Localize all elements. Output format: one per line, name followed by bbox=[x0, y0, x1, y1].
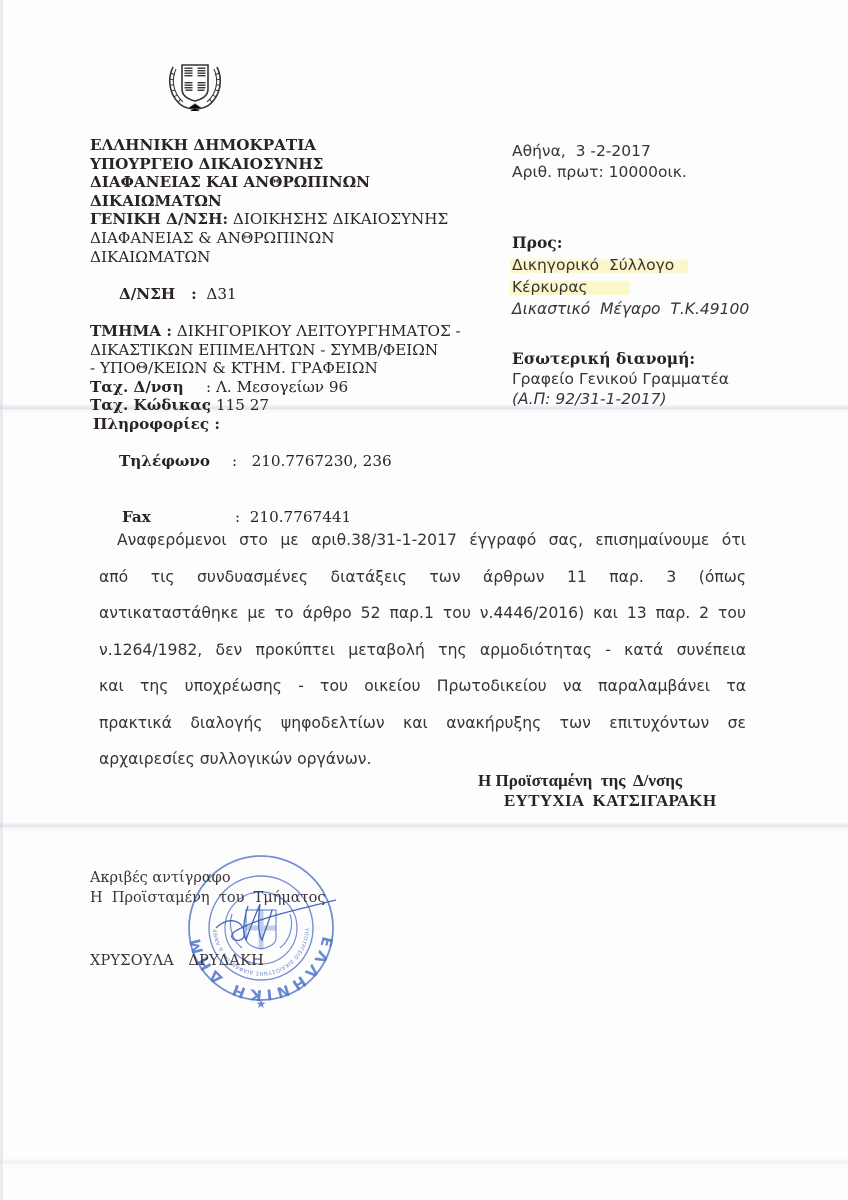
contact-phone: Τηλέφωνο: 210.7767230, 236 bbox=[90, 434, 490, 490]
certified-copy-label: Ακριβές αντίγραφο bbox=[90, 868, 325, 888]
signatory-name: ΕΥΤΥΧΙΑ ΚΑΤΣΙΓΑΡΑΚΗ bbox=[478, 791, 716, 811]
department: ΤΜΗΜΑ : ΔΙΚΗΓΟΡΙΚΟΥ ΛΕΙΤΟΥΡΓΗΜΑΤΟΣ - bbox=[90, 322, 490, 341]
signature-block: Η Προϊσταμένη της Δ/νσης ΕΥΤΥΧΙΑ ΚΑΤΣΙΓΑ… bbox=[478, 771, 716, 811]
department-cont: - ΥΠΟΘ/ΚΕΙΩΝ & ΚΤΗΜ. ΓΡΑΦΕΙΩΝ bbox=[90, 359, 490, 378]
contact-label: Ταχ. Κώδικας bbox=[90, 396, 206, 415]
date-block: Αθήνα, 3 -2-2017 Αριθ. πρωτ: 10000οικ. bbox=[512, 141, 687, 182]
contact-address: Ταχ. Δ/νση: Λ. Μεσογείων 96 bbox=[90, 378, 490, 397]
general-directorate: ΓΕΝΙΚΗ Δ/ΝΣΗ: ΔΙΟΙΚΗΣΗΣ ΔΙΚΑΙΟΣΥΝΗΣ bbox=[90, 210, 490, 229]
general-directorate-label: ΓΕΝΙΚΗ Δ/ΝΣΗ: bbox=[90, 210, 228, 228]
body-line: πρακτικά διαλογής ψηφοδελτίων και ανακήρ… bbox=[99, 705, 746, 742]
scan-edge bbox=[0, 0, 3, 1200]
contact-value: : 115 27 bbox=[206, 396, 269, 414]
contact-info: Πληροφορίες : bbox=[90, 415, 490, 434]
svg-text:★: ★ bbox=[256, 997, 267, 1011]
contact-label: Ταχ. Δ/νση bbox=[90, 378, 206, 397]
signatory-role: Η Προϊσταμένη της Δ/νσης bbox=[478, 771, 716, 791]
general-directorate-value: ΔΙΟΙΚΗΣΗΣ ΔΙΚΑΙΟΣΥΝΗΣ bbox=[228, 210, 448, 228]
general-directorate-cont: ΔΙΑΦΑΝΕΙΑΣ & ΑΝΘΡΩΠΙΝΩΝ bbox=[90, 229, 490, 248]
fold-crease bbox=[0, 1158, 848, 1168]
letter-body: Αναφερόμενοι στο με αριθ.38/31-1-2017 έγ… bbox=[99, 522, 746, 778]
recipient-name: Δικηγορικό Σύλλογο bbox=[510, 256, 688, 274]
certified-copy-block: Ακριβές αντίγραφο Η Προϊσταμένη του Τμήμ… bbox=[90, 868, 325, 971]
contact-postcode: Ταχ. Κώδικας: 115 27 bbox=[90, 396, 490, 415]
body-line: και της υποχρέωσης - του οικείου Πρωτοδι… bbox=[99, 668, 746, 705]
document-date: Αθήνα, 3 -2-2017 bbox=[512, 141, 687, 162]
fold-crease bbox=[0, 822, 848, 832]
sender-line: ΥΠΟΥΡΓΕΙΟ ΔΙΚΑΙΟΣΥΝΗΣ bbox=[90, 155, 490, 174]
sender-line: ΕΛΛΗΝΙΚΗ ΔΗΜΟΚΡΑΤΙΑ bbox=[90, 136, 490, 155]
contact-label: Πληροφορίες : bbox=[93, 415, 220, 434]
internal-distribution-office: Γραφείο Γενικού Γραμματέα bbox=[512, 369, 729, 389]
recipient-city: Κέρκυρας bbox=[510, 278, 630, 296]
contact-label: Τηλέφωνο bbox=[119, 452, 232, 471]
document-page: ΕΛΛΗΝΙΚΗ ΔΗΜΟΚΡΑΤΙΑ ΥΠΟΥΡΓΕΙΟ ΔΙΚΑΙΟΣΥΝΗ… bbox=[0, 0, 848, 1200]
contact-value: : 210.7767230, 236 bbox=[232, 452, 392, 470]
department-label: ΤΜΗΜΑ : bbox=[90, 322, 172, 340]
general-directorate-cont: ΔΙΚΑΙΩΜΑΤΩΝ bbox=[90, 248, 490, 267]
internal-distribution-ref: (Α.Π: 92/31-1-2017) bbox=[512, 389, 729, 409]
contact-value: : Λ. Μεσογείων 96 bbox=[206, 378, 348, 396]
recipient-block: Προς: Δικηγορικό Σύλλογο Κέρκυρας Δικαστ… bbox=[512, 232, 749, 320]
coat-of-arms-icon bbox=[163, 53, 227, 113]
internal-distribution-block: Εσωτερική διανομή: Γραφείο Γενικού Γραμμ… bbox=[512, 349, 729, 409]
department-value: ΔΙΚΗΓΟΡΙΚΟΥ ΛΕΙΤΟΥΡΓΗΜΑΤΟΣ - bbox=[172, 322, 461, 340]
body-line: ν.1264/1982, δεν προκύπτει μεταβολή της … bbox=[99, 632, 746, 669]
body-line: Αναφερόμενοι στο με αριθ.38/31-1-2017 έγ… bbox=[99, 522, 746, 559]
protocol-number: Αριθ. πρωτ: 10000οικ. bbox=[512, 162, 687, 183]
certified-copy-role: Η Προϊσταμένη του Τμήματος bbox=[90, 888, 325, 908]
recipient-title: Προς: bbox=[512, 232, 749, 254]
internal-distribution-title: Εσωτερική διανομή: bbox=[512, 349, 729, 369]
sender-line: ΔΙΑΦΑΝΕΙΑΣ ΚΑΙ ΑΝΘΡΩΠΙΝΩΝ bbox=[90, 173, 490, 192]
directorate: Δ/ΝΣΗ : Δ31 bbox=[90, 266, 490, 322]
sender-block: ΕΛΛΗΝΙΚΗ ΔΗΜΟΚΡΑΤΙΑ ΥΠΟΥΡΓΕΙΟ ΔΙΚΑΙΟΣΥΝΗ… bbox=[90, 136, 490, 545]
department-cont: ΔΙΚΑΣΤΙΚΩΝ ΕΠΙΜΕΛΗΤΩΝ - ΣΥΜΒ/ΦΕΙΩΝ bbox=[90, 341, 490, 360]
body-line: από τις συνδυασμένες διατάξεις των άρθρω… bbox=[99, 559, 746, 596]
directorate-label: Δ/ΝΣΗ : bbox=[119, 285, 197, 303]
sender-line: ΔΙΚΑΙΩΜΑΤΩΝ bbox=[90, 192, 490, 211]
body-line: αντικαταστάθηκε με το άρθρο 52 παρ.1 του… bbox=[99, 595, 746, 632]
recipient-address: Δικαστικό Μέγαρο Τ.Κ.49100 bbox=[512, 298, 749, 320]
certified-copy-name: ΧΡΥΣΟΥΛΑ ΔΡΥΔΑΚΗ bbox=[90, 951, 325, 971]
directorate-value: Δ31 bbox=[197, 285, 237, 303]
